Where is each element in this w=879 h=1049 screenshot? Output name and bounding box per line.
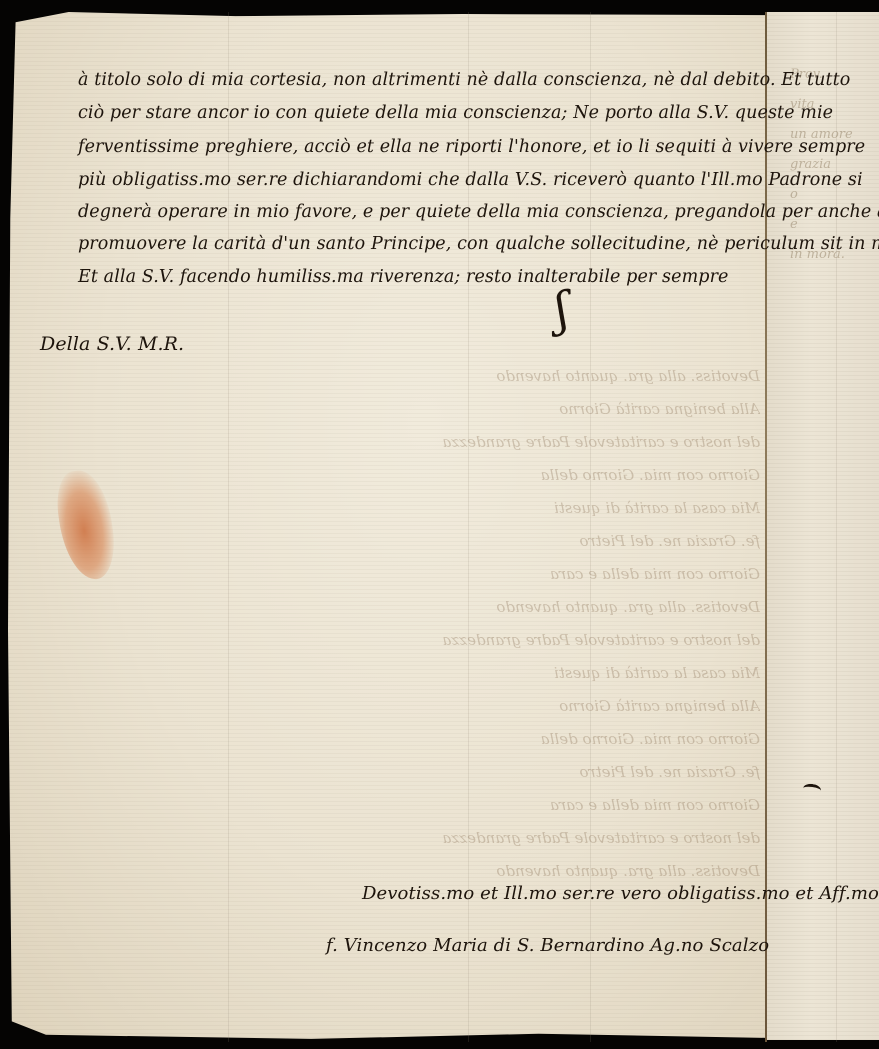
body-line: degnerà operare in mio favore, e per qui… — [78, 202, 879, 222]
signature: f. Vincenzo Maria di S. Bernardino Ag.no… — [326, 935, 769, 956]
body-line: Et alla S.V. facendo humiliss.ma riveren… — [78, 267, 729, 287]
bleed-line: Devotiss. alla gra. quanto havendo — [70, 855, 760, 880]
body-line: promuovere la carità d'un santo Principe… — [78, 234, 879, 254]
bleed-line: fe. Grazia ne. del Pietro — [70, 756, 760, 789]
bleed-line: fe. Grazia ne. del Pietro — [70, 525, 760, 558]
bleed-line: Giorno con mia. Giorno della — [70, 723, 760, 756]
bleed-line: Devotiss. alla gra. quanto havendo — [70, 360, 760, 393]
bleed-through-text: Devotiss. alla gra. quanto havendo Alla … — [70, 360, 760, 880]
bleed-line: Devotiss. alla gra. quanto havendo — [70, 591, 760, 624]
bleed-line: Mia casa la carità di questi — [70, 492, 760, 525]
bleed-line: del nostro e caritatevole Padre grandezz… — [70, 822, 760, 855]
bleed-line: Alla benigna carità Giorno — [70, 393, 760, 426]
bleed-line: Giorno con mia. Giorno della — [70, 459, 760, 492]
scan-background: Devotiss. alla gra. quanto havendo Alla … — [0, 0, 879, 1049]
bleed-line: Alla benigna carità Giorno — [70, 690, 760, 723]
body-line: à titolo solo di mia cortesia, non altri… — [78, 70, 850, 90]
bleed-line: del nostro e caritatevole Padre grandezz… — [70, 426, 760, 459]
bleed-line: Mia casa la carità di questi — [70, 657, 760, 690]
bleed-line: Giorno con mia della e cara — [70, 558, 760, 591]
body-line: più obligatiss.mo ser.re dichiarandomi c… — [78, 170, 863, 190]
bleed-line: Giorno con mia della e cara — [70, 789, 760, 822]
salutation-close: Della S.V. M.R. — [40, 333, 184, 355]
body-line: ciò per stare ancor io con quiete della … — [78, 103, 833, 123]
body-line: ferventissime preghiere, acciò et ella n… — [78, 137, 865, 157]
bleed-line: del nostro e caritatevole Padre grandezz… — [70, 624, 760, 657]
closing-formula: Devotiss.mo et Ill.mo ser.re vero obliga… — [362, 883, 879, 904]
